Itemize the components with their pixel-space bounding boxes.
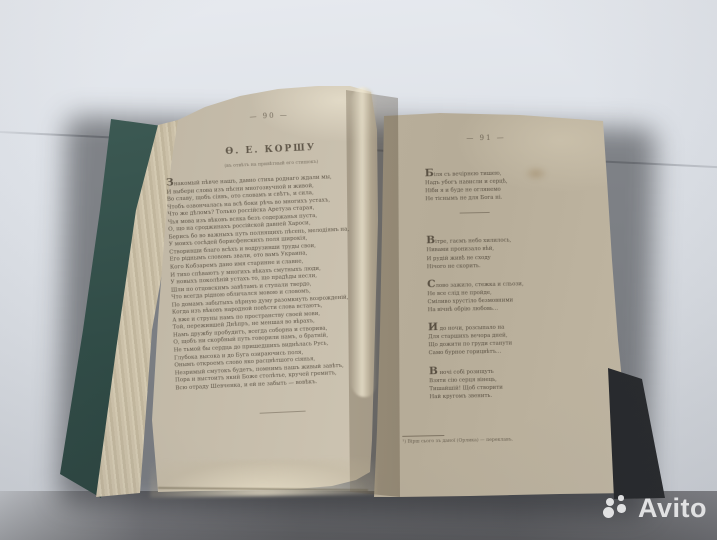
avito-watermark: Avito bbox=[602, 494, 707, 522]
left-page-text: — 90 — Ѳ. Е. КОРШУ (въ отвѣтъ на привѣтн… bbox=[163, 107, 388, 418]
avito-dot-icon bbox=[606, 498, 614, 506]
avito-logo-icon bbox=[602, 494, 633, 522]
right-page-text: — 91 — Біля съ вечірнєю тишею,Надъ убогъ… bbox=[396, 132, 582, 411]
stanza: И до ночи, розсыпало наДля старшихъ вечо… bbox=[428, 320, 581, 358]
stanza: Слово зажило, стежка и сльози,Не все слі… bbox=[427, 277, 580, 315]
stanza: В ночі собі розищутьВзяти сію серця віне… bbox=[429, 364, 582, 402]
book-photo: — 90 — Ѳ. Е. КОРШУ (въ отвѣтъ на привѣтн… bbox=[0, 0, 717, 540]
left-poem: Знакомый пѣвче нашъ, давно стиха роднаго… bbox=[166, 170, 387, 393]
poem-title: Ѳ. Е. КОРШУ bbox=[165, 140, 377, 160]
stanza: Біля съ вечірнєю тишею,Надъ убогъ нависл… bbox=[425, 166, 578, 204]
stanza-ornament-rule bbox=[460, 212, 490, 214]
poem-subtitle: (въ отвѣтъ на привѣтный его стишокъ) bbox=[165, 157, 377, 172]
open-book: — 90 — Ѳ. Е. КОРШУ (въ отвѣтъ на привѣтн… bbox=[0, 0, 717, 540]
bottom-page-curl bbox=[150, 458, 376, 497]
avito-wordmark: Avito bbox=[638, 495, 707, 522]
right-stanzas: Біля съ вечірнєю тишею,Надъ убогъ нависл… bbox=[397, 166, 582, 402]
poem-line: На вічнѣ обрію любовь… bbox=[428, 303, 580, 314]
stanza: Вітре, гаємъ небо хилилось,Нивами прониз… bbox=[426, 233, 579, 271]
footnote-rule bbox=[402, 435, 444, 437]
avito-dot-icon bbox=[617, 504, 626, 513]
avito-dot-icon bbox=[603, 507, 614, 518]
avito-dot-icon bbox=[618, 495, 624, 501]
